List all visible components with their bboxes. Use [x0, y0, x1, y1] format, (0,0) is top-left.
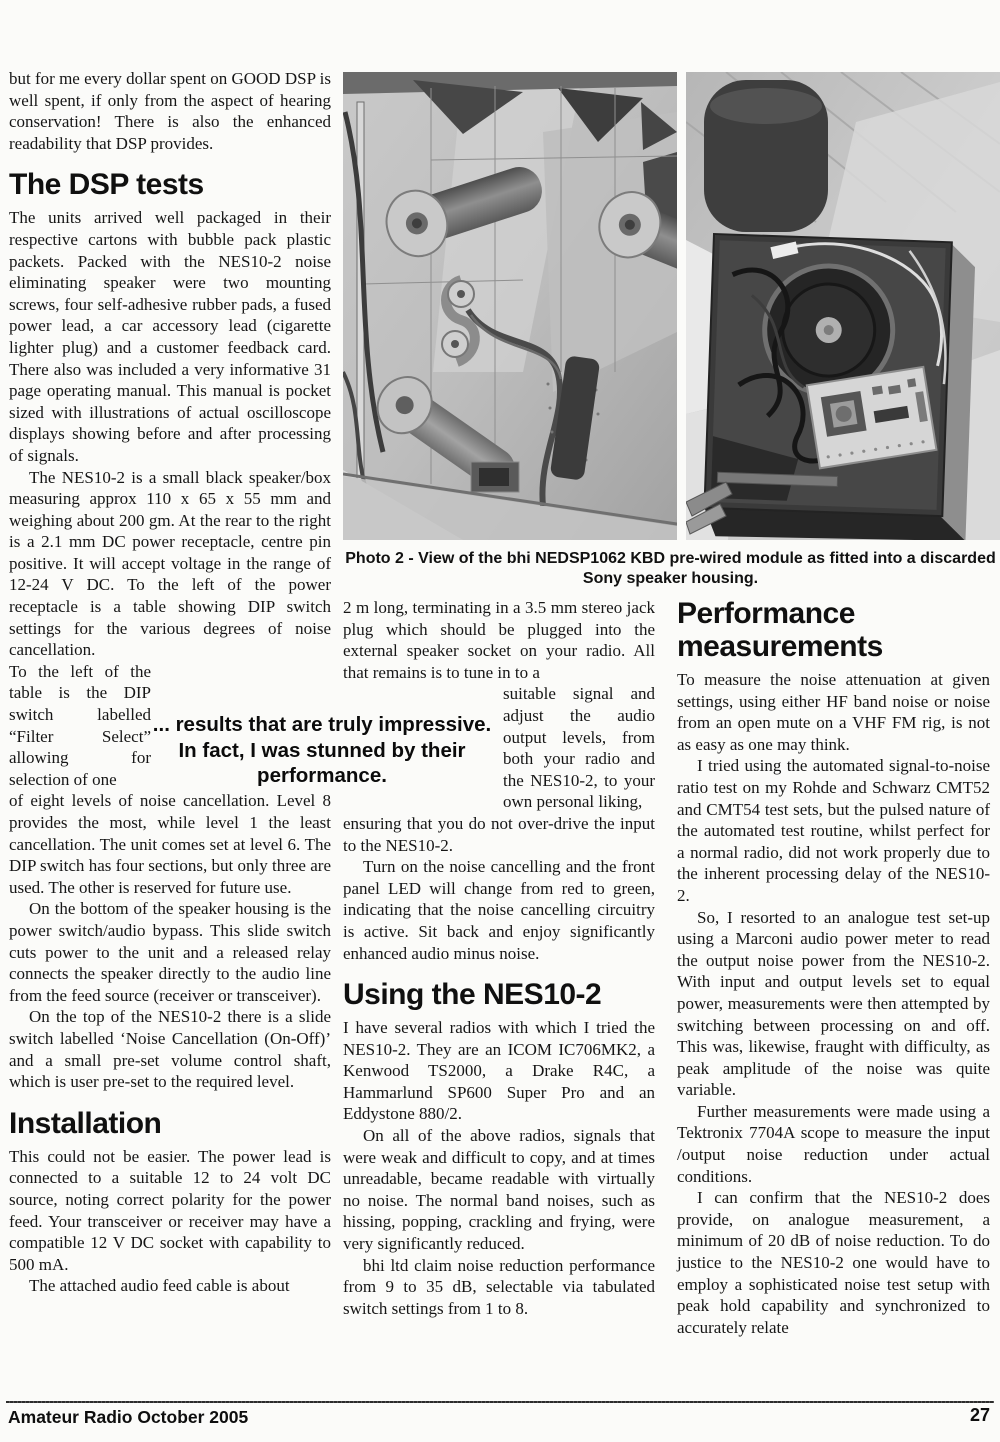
heading-installation: Installation [9, 1107, 331, 1140]
footer-publication: Amateur Radio October 2005 [8, 1407, 248, 1428]
paragraph-audio-cable: The attached audio feed cable is about [9, 1275, 331, 1297]
paragraph-confirm: I can confirm that the NES10-2 does prov… [677, 1187, 990, 1338]
paragraph-tektronix: Further measurements were made using a T… [677, 1101, 990, 1187]
paragraph-bhi-claim: bhi ltd claim noise reduction performanc… [343, 1255, 655, 1320]
paragraph-adjust-levels-narrow: suitable signal and adjust the audio out… [503, 683, 655, 813]
photo-2-image [343, 72, 1000, 540]
paragraph-unit-description: The NES10-2 is a small black speaker/box… [9, 467, 331, 661]
paragraph-overdrive: ensuring that you do not over-drive the … [343, 813, 655, 856]
column-left: but for me every dollar spent on GOOD DS… [9, 68, 331, 1297]
paragraph-radios: I have several radios with which I tried… [343, 1017, 655, 1125]
paragraph-top-switch: On the top of the NES10-2 there is a sli… [9, 1006, 331, 1092]
paragraph-measure-noise: To measure the noise attenuation at give… [677, 669, 990, 755]
heading-using-the-nes10-2: Using the NES10-2 [343, 978, 655, 1011]
footer-rule [6, 1401, 994, 1403]
paragraph-levels: of eight levels of noise cancellation. L… [9, 790, 331, 898]
photo-2-svg [343, 72, 1000, 540]
paragraph-automated-test: I tried using the automated signal-to-no… [677, 755, 990, 906]
photo-right-speaker-box [686, 72, 1000, 540]
paragraph-bottom-switch: On the bottom of the speaker housing is … [9, 898, 331, 1006]
heading-performance-measurements: Performance measurements [677, 597, 990, 663]
footer-page-number: 27 [970, 1405, 990, 1426]
paragraph-intro: but for me every dollar spent on GOOD DS… [9, 68, 331, 154]
photo-caption: Photo 2 - View of the bhi NEDSP1062 KBD … [341, 549, 1000, 588]
magazine-page: Photo 2 - View of the bhi NEDSP1062 KBD … [0, 0, 1000, 1442]
paragraph-signals: On all of the above radios, signals that… [343, 1125, 655, 1255]
heading-the-dsp-tests: The DSP tests [9, 168, 331, 201]
paragraph-led: Turn on the noise cancelling and the fro… [343, 856, 655, 964]
paragraph-packaging: The units arrived well packaged in their… [9, 207, 331, 466]
paragraph-jack-plug: 2 m long, terminating in a 3.5 mm stereo… [343, 597, 655, 683]
paragraph-analogue-test: So, I resorted to an analogue test set-u… [677, 907, 990, 1101]
paragraph-installation: This could not be easier. The power lead… [9, 1146, 331, 1276]
column-right: Performance measurements To measure the … [677, 597, 990, 1338]
column-middle: 2 m long, terminating in a 3.5 mm stereo… [343, 597, 655, 1319]
paragraph-filter-select-narrow: To the left of the table is the DIP swit… [9, 661, 151, 791]
